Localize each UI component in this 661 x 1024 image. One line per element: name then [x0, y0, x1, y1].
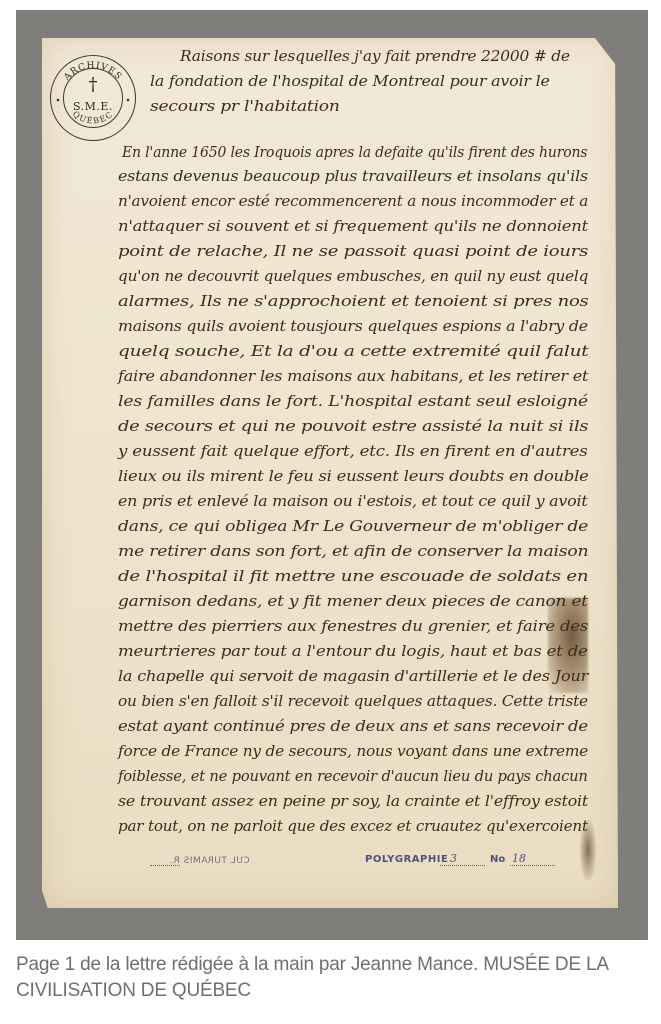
manuscript-line: secours pr l'habitation: [150, 97, 340, 115]
manuscript-line: estans devenus beaucoup plus travailleur…: [118, 167, 588, 185]
manuscript-line: En l'anne 1650 les Iroquois apres la def…: [122, 143, 587, 161]
polygraphie-stamp: POLYGRAPHIE: [365, 854, 448, 865]
manuscript-line: foiblesse, et ne pouvant en recevoir d'a…: [118, 767, 588, 785]
manuscript-line: de secours et qui ne pouvoit estre assis…: [118, 417, 588, 435]
manuscript-line: garnison dedans, et y fit mener deux pie…: [118, 592, 588, 610]
mirrored-stamp: CUL TURAMIS R.: [170, 856, 250, 866]
manuscript-line: n'attaquer si souvent et si frequement q…: [118, 217, 588, 235]
manuscript-line: Raisons sur lesquelles j'ay fait prendre…: [180, 47, 570, 65]
manuscript-line: en pris et enlevé la maison ou i'estois,…: [118, 492, 588, 510]
manuscript-line: estat ayant continué pres de deux ans et…: [118, 717, 588, 735]
manuscript-line: meurtrieres par tout a l'entour du logis…: [118, 642, 588, 660]
manuscript-line: y eussent fait quelque effort, etc. Ils …: [118, 442, 588, 460]
manuscript-line: ou bien s'en falloit s'il recevoit quelq…: [118, 692, 588, 710]
manuscript-line: faire abandonner les maisons aux habitan…: [118, 367, 588, 385]
manuscript-line: me retirer dans son fort, et afin de con…: [118, 542, 588, 560]
manuscript-line: la fondation de l'hospital de Montreal p…: [150, 72, 550, 90]
manuscript-line: les familles dans le fort. L'hospital es…: [118, 392, 588, 410]
figure-caption: Page 1 de la lettre rédigée à la main pa…: [16, 952, 648, 1004]
manuscript-line: alarmes, Ils ne s'approchoient et tenoie…: [118, 292, 589, 310]
manuscript-line: point de relache, Il ne se passoit quasi…: [118, 242, 588, 260]
manuscript-line: force de France ny de secours, nous voya…: [118, 742, 588, 760]
manuscript-line: maisons quils avoient tousjours quelques…: [118, 317, 588, 335]
manuscript-line: quelq souche, Et la d'ou a cette extremi…: [118, 342, 589, 360]
manuscript-line: lieux ou ils mirent le feu si eussent le…: [118, 467, 589, 485]
manuscript-line: mettre des pierriers aux fenestres du gr…: [118, 617, 588, 635]
manuscript-line: de l'hospital il fit mettre une escouade…: [118, 567, 588, 585]
stamp-volume: 3: [450, 852, 457, 865]
manuscript-line: dans, ce qui obligea Mr Le Gouverneur de…: [118, 517, 588, 535]
manuscript-line: n'avoient encor esté recommencerent a no…: [118, 192, 588, 210]
manuscript-line: la chapelle qui servoit de magasin d'art…: [118, 667, 588, 685]
stamp-number: 18: [512, 852, 526, 865]
stamp-no-label: No: [490, 854, 505, 865]
manuscript-line: qu'on ne decouvrit quelques embusches, e…: [118, 267, 588, 285]
archive-stamps: CUL TURAMIS R. POLYGRAPHIE 3 No 18: [150, 852, 570, 872]
manuscript-line: se trouvant assez en peine pr soy, la cr…: [118, 792, 588, 810]
manuscript-line: par tout, on ne parloit que des excez et…: [118, 817, 588, 835]
